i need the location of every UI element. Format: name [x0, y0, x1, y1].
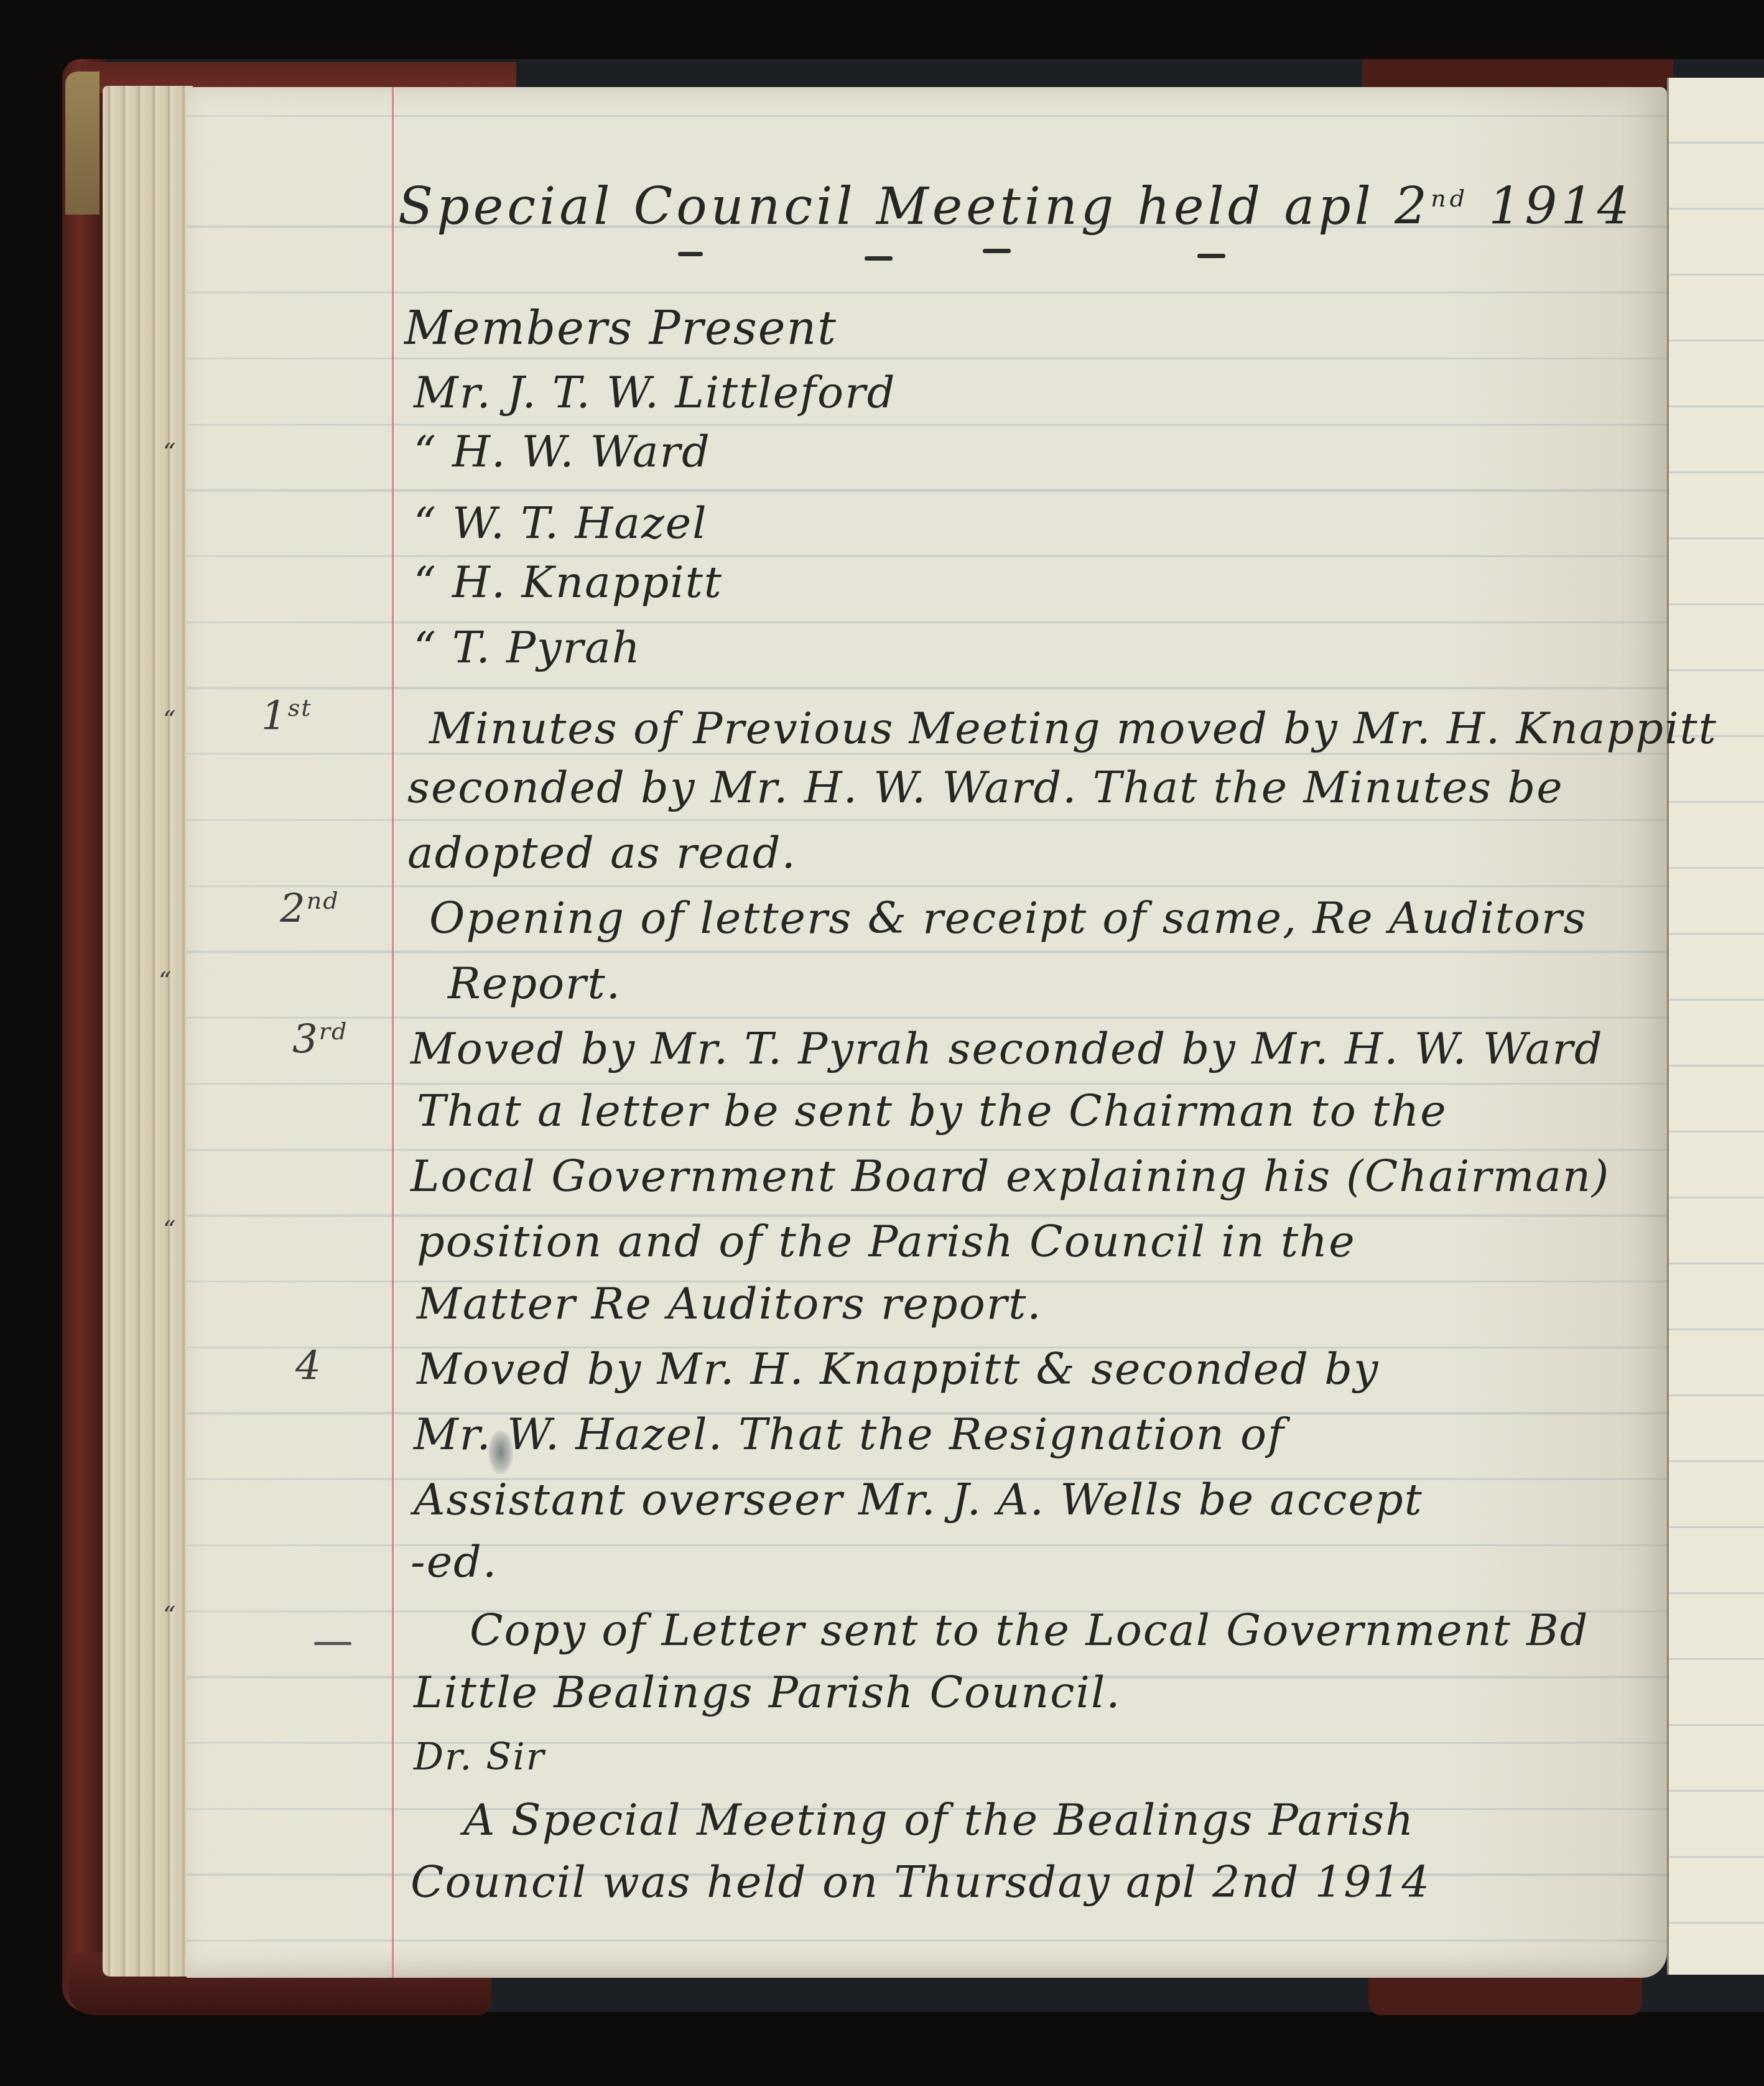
item-text-line: Local Government Board explaining his (C…: [411, 1151, 1610, 1202]
item-text-line: Report.: [448, 958, 621, 1009]
item-text-line: Assistant overseer Mr. J. A. Wells be ac…: [414, 1474, 1423, 1525]
edge-mark: “: [163, 1216, 175, 1245]
stacked-page-edges: [103, 86, 193, 1977]
title-underline-dash: [983, 249, 1011, 253]
book-leather-spine-edge: [62, 59, 106, 2012]
member-row: “ H. Knappitt: [414, 557, 723, 608]
item-number: 2nd: [280, 886, 340, 932]
ink-blot: [488, 1430, 513, 1474]
edge-mark: “: [163, 438, 175, 467]
item-text-line: position and of the Parish Council in th…: [417, 1216, 1356, 1267]
item-number: 1st: [261, 693, 312, 739]
edge-mark: “: [163, 1602, 175, 1630]
worn-corner: [65, 72, 100, 215]
letter-underline: [314, 1642, 351, 1645]
red-margin-rule: [392, 87, 394, 1978]
letter-body-line: A Special Meeting of the Bealings Parish: [463, 1794, 1414, 1845]
member-row: “ W. T. Hazel: [414, 498, 708, 549]
item-text-line: Minutes of Previous Meeting moved by Mr.…: [429, 703, 1717, 754]
item-text-line: adopted as read.: [407, 827, 797, 878]
book-leather-top-right: [1362, 59, 1673, 87]
item-text-line: Opening of letters & receipt of same, Re…: [429, 892, 1587, 943]
item-text-line: Moved by Mr. H. Knappitt & seconded by: [417, 1343, 1380, 1394]
item-text-line: That a letter be sent by the Chairman to…: [417, 1085, 1447, 1136]
item-text-line: Matter Re Auditors report.: [417, 1278, 1042, 1329]
member-row: Mr. J. T. W. Littleford: [414, 367, 896, 418]
item-text-line: seconded by Mr. H. W. Ward. That the Min…: [407, 762, 1564, 813]
members-heading: Members Present: [404, 302, 837, 355]
page-title: Special Council Meeting held apl 2nd 191…: [398, 177, 1633, 236]
title-underline-dash: [1197, 254, 1225, 258]
edge-mark: “: [159, 967, 171, 996]
item-text-line: -ed.: [411, 1536, 498, 1587]
letter-salutation: Dr. Sir: [414, 1735, 545, 1779]
title-underline-dash: [678, 252, 703, 256]
letter-from: Little Bealings Parish Council.: [414, 1667, 1121, 1718]
adjacent-page-edge: [1667, 78, 1764, 1975]
member-row: “ H. W. Ward: [414, 426, 711, 477]
item-text-line: Moved by Mr. T. Pyrah seconded by Mr. H.…: [411, 1023, 1604, 1074]
edge-mark: “: [163, 706, 175, 735]
item-number: 3rd: [292, 1017, 348, 1063]
title-underline-dash: [865, 256, 893, 261]
item-number: 4: [295, 1343, 322, 1389]
letter-body-line: Council was held on Thursday apl 2nd 191…: [411, 1857, 1431, 1908]
item-text-line: Mr. W. Hazel. That the Resignation of: [414, 1409, 1285, 1460]
letter-copy-heading: Copy of Letter sent to the Local Governm…: [470, 1605, 1589, 1656]
member-row: “ T. Pyrah: [414, 622, 641, 673]
